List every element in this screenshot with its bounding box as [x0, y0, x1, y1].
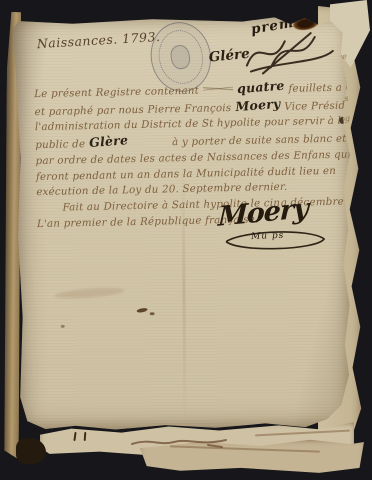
underpage-ink-scribble: [130, 434, 230, 450]
ink-stain: [150, 312, 155, 315]
main-page: Naissances. 1793. Glére premier Le prése…: [13, 15, 352, 431]
inserted-word: Glère: [89, 132, 129, 151]
inserted-word: Moery: [235, 96, 281, 115]
underpage-ink-ticks: [72, 432, 92, 444]
scratched-word: [203, 84, 233, 94]
signature-paraph: Mu ps: [251, 231, 285, 242]
page-title: Naissances. 1793.: [36, 29, 160, 51]
paraph-flourish-icon: [241, 27, 337, 76]
inserted-word: quatre: [236, 78, 284, 97]
ink-bleedthrough: [54, 286, 124, 300]
scanned-register-page: ge le les og u et Naissances. 1793. Glér…: [0, 0, 372, 480]
binding-shadow: [16, 438, 46, 464]
ink-stain: [136, 307, 148, 313]
ink-stain: [61, 325, 65, 328]
